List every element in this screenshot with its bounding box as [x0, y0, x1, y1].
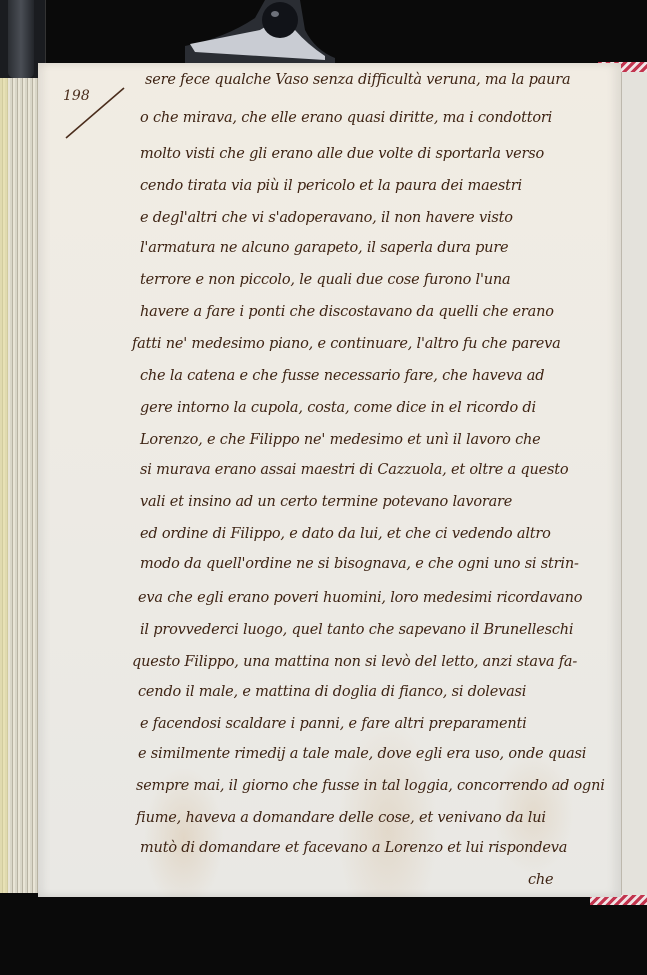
- catchword: che: [528, 872, 553, 888]
- text-line: l'armatura ne alcuno garapeto, il saperl…: [140, 240, 508, 256]
- text-line: sempre mai, il giorno che fusse in tal l…: [136, 778, 605, 794]
- text-line: che la catena e che fusse necessario far…: [140, 368, 544, 384]
- facing-leaf: [621, 70, 647, 900]
- text-line: e degl'altri che vi s'adoperavano, il no…: [140, 210, 513, 226]
- text-line: gere intorno la cupola, costa, come dice…: [140, 400, 536, 416]
- text-line: fatti ne' medesimo piano, e continuare, …: [132, 336, 561, 352]
- text-line: e facendosi scaldare i panni, e fare alt…: [140, 716, 527, 732]
- page-edges: [0, 78, 40, 893]
- text-line: eva che egli erano poveri huomini, loro …: [138, 590, 582, 606]
- text-line: e similmente rimedij a tale male, dove e…: [138, 746, 586, 762]
- text-line: havere a fare i ponti che discostavano d…: [140, 304, 554, 320]
- text-line: si murava erano assai maestri di Cazzuol…: [140, 462, 568, 478]
- text-line: terrore e non piccolo, le quali due cose…: [140, 272, 510, 288]
- text-line: sere fece qualche Vaso senza difficultà …: [145, 72, 570, 88]
- text-line: cendo tirata via più il pericolo et la p…: [140, 178, 522, 194]
- book-weight: [185, 0, 335, 68]
- text-line: Lorenzo, e che Filippo ne' medesimo et u…: [140, 432, 541, 448]
- text-line: questo Filippo, una mattina non si levò …: [132, 654, 577, 670]
- folio-slash-mark: [62, 86, 132, 146]
- text-line: il provvederci luogo, quel tanto che sap…: [140, 622, 573, 638]
- text-line: fiume, haveva a domandare delle cose, et…: [136, 810, 546, 826]
- text-line: vali et insino ad un certo termine potev…: [140, 494, 512, 510]
- text-line: cendo il male, e mattina di doglia di fi…: [138, 684, 526, 700]
- text-line: modo da quell'ordine ne si bisognava, e …: [140, 556, 579, 572]
- text-line: o che mirava, che elle erano quasi dirit…: [140, 110, 552, 126]
- text-line: ed ordine di Filippo, e dato da lui, et …: [140, 526, 551, 542]
- text-line: mutò di domandare et facevano a Lorenzo …: [140, 840, 567, 856]
- text-line: molto visti che gli erano alle due volte…: [140, 146, 544, 162]
